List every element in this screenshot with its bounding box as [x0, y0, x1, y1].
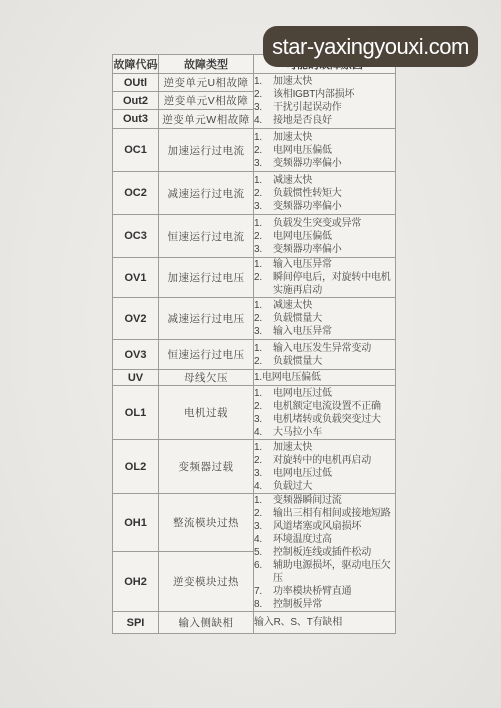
cause-line: 3.风道堵塞或风扇损坏: [254, 520, 395, 533]
cause-number: 4.: [254, 533, 273, 546]
cause-text: 输入电压异常: [273, 325, 395, 338]
fault-type: 恒速运行过电压: [159, 340, 254, 370]
cause-line: 3.电网电压过低: [254, 467, 395, 480]
cause-number: 2.: [254, 144, 273, 157]
cause-number: 2.: [254, 187, 273, 200]
cause-number: 3.: [254, 413, 273, 426]
watermark-text: star-yaxingyouxi.com: [272, 34, 469, 60]
fault-code: OV1: [113, 258, 159, 298]
cause-number: 1.: [254, 342, 273, 355]
cause-number: 1.: [254, 258, 273, 271]
cause-text: 变频器功率偏小: [273, 200, 395, 213]
cause-text: 大马拉小车: [273, 426, 395, 439]
cause-line: 3.干扰引起误动作: [254, 101, 395, 114]
fault-causes: 输入R、S、T有缺相: [254, 612, 396, 634]
cause-line: 1.减速太快: [254, 174, 395, 187]
cause-text: 变频器功率偏小: [273, 157, 395, 170]
column-header-code: 故障代码: [113, 55, 159, 74]
cause-number: 3.: [254, 101, 273, 114]
cause-text: 电网电压偏低: [273, 230, 395, 243]
fault-causes: 1.减速太快 2.负载惯性转矩大 3.变频器功率偏小: [254, 172, 396, 215]
cause-line: 1.加速太快: [254, 131, 395, 144]
fault-type: 逆变单元W相故障: [159, 110, 254, 129]
cause-number: 4.: [254, 480, 273, 493]
cause-number: 1.: [254, 174, 273, 187]
cause-number: 1.: [254, 217, 273, 230]
cause-text: 电机额定电流设置不正确: [273, 400, 395, 413]
cause-line: 1.减速太快: [254, 299, 395, 312]
cause-number: 4.: [254, 114, 273, 127]
cause-number: 3.: [254, 520, 273, 533]
fault-causes: 1.加速太快 2.对旋转中的电机再启动 3.电网电压过低 4.负载过大: [254, 440, 396, 494]
cause-line: 1.输入电压发生异常变动: [254, 342, 395, 355]
fault-type: 母线欠压: [159, 370, 254, 386]
cause-text: 负载惯量大: [273, 355, 395, 368]
fault-causes: 1.输入电压发生异常变动 2.负载惯量大: [254, 340, 396, 370]
cause-line: 6.辅助电源损坏，驱动电压欠压: [254, 559, 395, 585]
fault-causes: 1.变频器瞬间过流 2.输出三相有相间或接地短路 3.风道堵塞或风扇损坏 4.环…: [254, 494, 396, 612]
cause-number: 3.: [254, 200, 273, 213]
fault-type: 逆变模块过热: [159, 552, 254, 612]
cause-line: 1.电网电压偏低: [254, 371, 395, 384]
cause-line: 4.环境温度过高: [254, 533, 395, 546]
cause-text: 该相IGBT内部损坏: [273, 88, 395, 101]
cause-text: 1.电网电压偏低: [254, 371, 321, 384]
cause-line: 2.该相IGBT内部损坏: [254, 88, 395, 101]
fault-type: 输入侧缺相: [159, 612, 254, 634]
cause-text: 电机堵转或负载突变过大: [273, 413, 395, 426]
cause-text: 输出三相有相间或接地短路: [273, 507, 395, 520]
cause-text: 辅助电源损坏，驱动电压欠压: [273, 559, 395, 585]
watermark-badge: star-yaxingyouxi.com: [263, 26, 478, 67]
cause-number: 6.: [254, 559, 273, 585]
cause-number: 1.: [254, 131, 273, 144]
cause-line: 输入R、S、T有缺相: [254, 616, 395, 629]
fault-type: 加速运行过电压: [159, 258, 254, 298]
fault-code: SPI: [113, 612, 159, 634]
fault-causes: 1.输入电压异常 2.瞬间停电后，对旋转中电机实施再启动: [254, 258, 396, 298]
table-row: SPI 输入侧缺相 输入R、S、T有缺相: [113, 612, 396, 634]
cause-line: 1.电网电压过低: [254, 387, 395, 400]
table-row: OH1 整流模块过热 1.变频器瞬间过流 2.输出三相有相间或接地短路 3.风道…: [113, 494, 396, 552]
cause-line: 2.输出三相有相间或接地短路: [254, 507, 395, 520]
cause-line: 8.控制板异常: [254, 598, 395, 611]
cause-line: 3.变频器功率偏小: [254, 157, 395, 170]
cause-number: 2.: [254, 454, 273, 467]
table-row: OC1 加速运行过电流 1.加速太快 2.电网电压偏低 3.变频器功率偏小: [113, 129, 396, 172]
fault-code: OC2: [113, 172, 159, 215]
cause-text: 电网电压偏低: [273, 144, 395, 157]
table-row: OUtl 逆变单元U相故障 1.加速太快 2.该相IGBT内部损坏 3.干扰引起…: [113, 74, 396, 92]
cause-number: 7.: [254, 585, 273, 598]
fault-code: OC3: [113, 215, 159, 258]
table-row: OV1 加速运行过电压 1.输入电压异常 2.瞬间停电后，对旋转中电机实施再启动: [113, 258, 396, 298]
cause-number: 3.: [254, 467, 273, 480]
cause-line: 4.大马拉小车: [254, 426, 395, 439]
fault-type: 减速运行过电流: [159, 172, 254, 215]
table-row: OC2 减速运行过电流 1.减速太快 2.负载惯性转矩大 3.变频器功率偏小: [113, 172, 396, 215]
cause-text: 变频器功率偏小: [273, 243, 395, 256]
table-row: OV2 减速运行过电压 1.减速太快 2.负载惯量大 3.输入电压异常: [113, 298, 396, 340]
table-row: OV3 恒速运行过电压 1.输入电压发生异常变动 2.负载惯量大: [113, 340, 396, 370]
cause-text: 变频器瞬间过流: [273, 494, 395, 507]
cause-line: 3.变频器功率偏小: [254, 200, 395, 213]
fault-code-table: 故障代码 故障类型 可能的故障原因 OUtl 逆变单元U相故障 1.加速太快 2…: [112, 54, 396, 634]
cause-line: 2.对旋转中的电机再启动: [254, 454, 395, 467]
fault-code: OL1: [113, 386, 159, 440]
column-header-type: 故障类型: [159, 55, 254, 74]
fault-code: OL2: [113, 440, 159, 494]
fault-code: Out3: [113, 110, 159, 129]
fault-code: OC1: [113, 129, 159, 172]
cause-line: 2.电网电压偏低: [254, 230, 395, 243]
cause-text: 负载过大: [273, 480, 395, 493]
cause-line: 2.负载惯量大: [254, 355, 395, 368]
fault-type: 减速运行过电压: [159, 298, 254, 340]
cause-number: 4.: [254, 426, 273, 439]
cause-text: 加速太快: [273, 131, 395, 144]
cause-line: 1.加速太快: [254, 441, 395, 454]
cause-number: 1.: [254, 441, 273, 454]
fault-code: OV2: [113, 298, 159, 340]
cause-text: 环境温度过高: [273, 533, 395, 546]
cause-number: 2.: [254, 355, 273, 368]
fault-code: OUtl: [113, 74, 159, 92]
cause-text: 电网电压过低: [273, 387, 395, 400]
cause-text: 负载发生突变或异常: [273, 217, 395, 230]
cause-line: 1.变频器瞬间过流: [254, 494, 395, 507]
cause-line: 3.变频器功率偏小: [254, 243, 395, 256]
cause-number: 2.: [254, 271, 273, 297]
fault-causes: 1.电网电压过低 2.电机额定电流设置不正确 3.电机堵转或负载突变过大 4.大…: [254, 386, 396, 440]
cause-text: 负载惯性转矩大: [273, 187, 395, 200]
fault-code: OH1: [113, 494, 159, 552]
fault-type: 逆变单元V相故障: [159, 92, 254, 110]
fault-code: OV3: [113, 340, 159, 370]
cause-text: 输入电压发生异常变动: [273, 342, 395, 355]
cause-line: 3.输入电压异常: [254, 325, 395, 338]
cause-line: 2.电机额定电流设置不正确: [254, 400, 395, 413]
cause-text: 瞬间停电后，对旋转中电机实施再启动: [273, 271, 395, 297]
cause-number: 2.: [254, 507, 273, 520]
cause-text: 接地是否良好: [273, 114, 395, 127]
cause-text: 加速太快: [273, 75, 395, 88]
fault-type: 电机过载: [159, 386, 254, 440]
cause-line: 2.瞬间停电后，对旋转中电机实施再启动: [254, 271, 395, 297]
fault-code: OH2: [113, 552, 159, 612]
fault-type: 恒速运行过电流: [159, 215, 254, 258]
cause-line: 2.负载惯量大: [254, 312, 395, 325]
fault-code: UV: [113, 370, 159, 386]
cause-line: 1.加速太快: [254, 75, 395, 88]
fault-causes: 1.负载发生突变或异常 2.电网电压偏低 3.变频器功率偏小: [254, 215, 396, 258]
cause-number: 3.: [254, 243, 273, 256]
cause-text: 输入R、S、T有缺相: [254, 616, 342, 629]
cause-line: 3.电机堵转或负载突变过大: [254, 413, 395, 426]
fault-code: Out2: [113, 92, 159, 110]
cause-number: 3.: [254, 325, 273, 338]
cause-number: 8.: [254, 598, 273, 611]
fault-type: 变频器过载: [159, 440, 254, 494]
cause-line: 2.负载惯性转矩大: [254, 187, 395, 200]
cause-number: 2.: [254, 400, 273, 413]
cause-line: 1.负载发生突变或异常: [254, 217, 395, 230]
cause-text: 输入电压异常: [273, 258, 395, 271]
fault-causes: 1.加速太快 2.电网电压偏低 3.变频器功率偏小: [254, 129, 396, 172]
cause-line: 7.功率模块桥臂直通: [254, 585, 395, 598]
cause-text: 控制板连线或插件松动: [273, 546, 395, 559]
cause-text: 负载惯量大: [273, 312, 395, 325]
cause-text: 电网电压过低: [273, 467, 395, 480]
fault-type: 整流模块过热: [159, 494, 254, 552]
cause-number: 5.: [254, 546, 273, 559]
cause-text: 功率模块桥臂直通: [273, 585, 395, 598]
cause-line: 5.控制板连线或插件松动: [254, 546, 395, 559]
cause-number: 1.: [254, 387, 273, 400]
fault-causes: 1.加速太快 2.该相IGBT内部损坏 3.干扰引起误动作 4.接地是否良好: [254, 74, 396, 129]
cause-number: 2.: [254, 88, 273, 101]
table-row: OL1 电机过载 1.电网电压过低 2.电机额定电流设置不正确 3.电机堵转或负…: [113, 386, 396, 440]
cause-text: 减速太快: [273, 299, 395, 312]
fault-type: 逆变单元U相故障: [159, 74, 254, 92]
table-row: OL2 变频器过载 1.加速太快 2.对旋转中的电机再启动 3.电网电压过低 4…: [113, 440, 396, 494]
fault-causes: 1.减速太快 2.负载惯量大 3.输入电压异常: [254, 298, 396, 340]
cause-line: 4.接地是否良好: [254, 114, 395, 127]
fault-type: 加速运行过电流: [159, 129, 254, 172]
fault-causes: 1.电网电压偏低: [254, 370, 396, 386]
cause-number: 1.: [254, 299, 273, 312]
cause-text: 减速太快: [273, 174, 395, 187]
cause-number: 1.: [254, 75, 273, 88]
cause-text: 控制板异常: [273, 598, 395, 611]
cause-line: 1.输入电压异常: [254, 258, 395, 271]
cause-text: 加速太快: [273, 441, 395, 454]
cause-line: 2.电网电压偏低: [254, 144, 395, 157]
cause-number: 2.: [254, 312, 273, 325]
table-row: UV 母线欠压 1.电网电压偏低: [113, 370, 396, 386]
cause-number: 2.: [254, 230, 273, 243]
cause-number: 1.: [254, 494, 273, 507]
table-row: OC3 恒速运行过电流 1.负载发生突变或异常 2.电网电压偏低 3.变频器功率…: [113, 215, 396, 258]
cause-text: 风道堵塞或风扇损坏: [273, 520, 395, 533]
cause-text: 干扰引起误动作: [273, 101, 395, 114]
cause-text: 对旋转中的电机再启动: [273, 454, 395, 467]
cause-number: 3.: [254, 157, 273, 170]
cause-line: 4.负载过大: [254, 480, 395, 493]
